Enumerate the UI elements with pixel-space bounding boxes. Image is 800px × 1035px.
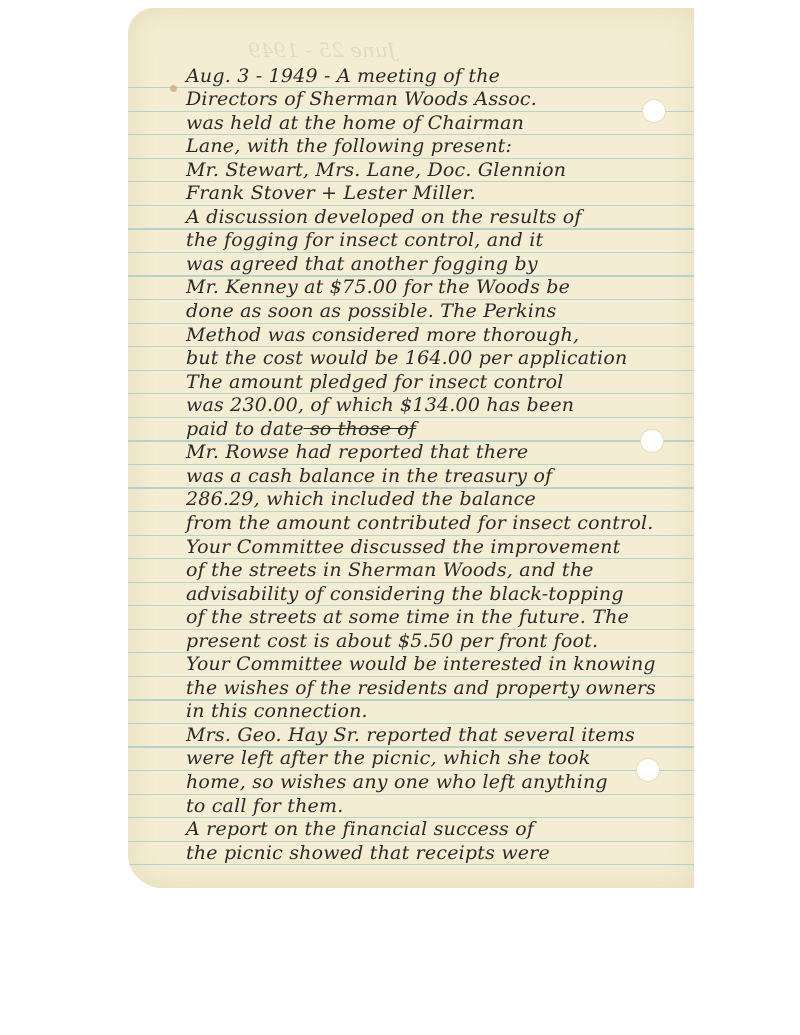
handwritten-line: the picnic showed that receipts were [186,842,550,864]
handwritten-line: Method was considered more thorough, [186,324,579,346]
line-text: Directors of Sherman Woods Assoc. [186,88,537,110]
handwritten-line: 286.29, which included the balance [186,488,536,510]
handwritten-line: Mrs. Geo. Hay Sr. reported that several … [186,724,635,746]
line-text: Aug. 3 - 1949 - A meeting of the [186,65,500,87]
handwritten-line: of the streets at some time in the futur… [186,606,629,628]
handwritten-line: Directors of Sherman Woods Assoc. [186,88,537,110]
handwritten-line: paid to date so those of [186,418,416,440]
line-text: to call for them. [186,795,343,817]
handwritten-line: the fogging for insect control, and it [186,229,543,251]
line-text: present cost is about $5.50 per front fo… [186,630,598,652]
line-text: Mrs. Geo. Hay Sr. reported that several … [186,724,635,746]
punch-hole-bottom [637,759,659,781]
handwritten-line: advisability of considering the black-to… [186,583,624,605]
line-text: Your Committee would be interested in kn… [186,653,656,675]
handwritten-line: Your Committee discussed the improvement [186,536,620,558]
handwritten-line: was held at the home of Chairman [186,112,524,134]
handwritten-line: of the streets in Sherman Woods, and the [186,559,594,581]
punch-hole-top [643,100,665,122]
line-text: was 230.00, of which $134.00 has been [186,394,574,416]
line-text: but the cost would be 164.00 per applica… [186,347,627,369]
line-text: The amount pledged for insect control [186,371,564,393]
handwritten-line: was a cash balance in the treasury of [186,465,552,487]
handwritten-line: Mr. Stewart, Mrs. Lane, Doc. Glennion [186,159,566,181]
line-text: the picnic showed that receipts were [186,842,550,864]
handwritten-line: home, so wishes any one who left anythin… [186,771,608,793]
line-text: done as soon as possible. The Perkins [186,300,556,322]
handwritten-line: Aug. 3 - 1949 - A meeting of the [186,65,500,87]
handwritten-line: A report on the financial success of [186,818,534,840]
handwritten-line: the wishes of the residents and property… [186,677,656,699]
line-text: of the streets in Sherman Woods, and the [186,559,594,581]
line-text: paid to date [186,418,304,440]
handwritten-line: were left after the picnic, which she to… [186,747,591,769]
handwritten-line: but the cost would be 164.00 per applica… [186,347,627,369]
line-text: Lane, with the following present: [186,135,512,157]
handwritten-line: from the amount contributed for insect c… [186,512,654,534]
handwritten-line: Lane, with the following present: [186,135,512,157]
line-text: Mr. Rowse had reported that there [186,441,528,463]
punch-hole-middle [641,430,663,452]
handwritten-line: was agreed that another fogging by [186,253,538,275]
handwritten-line: Mr. Kenney at $75.00 for the Woods be [186,276,570,298]
line-text: was held at the home of Chairman [186,112,524,134]
line-text: 286.29, which included the balance [186,488,536,510]
handwritten-line: was 230.00, of which $134.00 has been [186,394,574,416]
line-text: Method was considered more thorough, [186,324,579,346]
handwritten-line: present cost is about $5.50 per front fo… [186,630,598,652]
notebook-page: June 25 - 1949 Aug. 3 - 1949 - A meeting… [128,8,694,888]
line-text: Your Committee discussed the improvement [186,536,620,558]
handwritten-line: Mr. Rowse had reported that there [186,441,528,463]
line-text: Frank Stover + Lester Miller. [186,182,476,204]
bleed-through-text: June 25 - 1949 [248,38,396,62]
handwritten-line: A discussion developed on the results of [186,206,582,228]
line-text: was agreed that another fogging by [186,253,538,275]
line-text: Mr. Kenney at $75.00 for the Woods be [186,276,570,298]
handwritten-line: Frank Stover + Lester Miller. [186,182,476,204]
line-text: were left after the picnic, which she to… [186,747,591,769]
line-text: home, so wishes any one who left anythin… [186,771,608,793]
struck-text: so those of [304,418,417,440]
line-text: Mr. Stewart, Mrs. Lane, Doc. Glennion [186,159,566,181]
rule-line [128,864,694,865]
handwritten-line: The amount pledged for insect control [186,371,564,393]
line-text: advisability of considering the black-to… [186,583,624,605]
line-text: was a cash balance in the treasury of [186,465,552,487]
handwritten-line: done as soon as possible. The Perkins [186,300,556,322]
line-text: in this connection. [186,700,368,722]
line-text: the wishes of the residents and property… [186,677,656,699]
line-text: from the amount contributed for insect c… [186,512,654,534]
handwritten-line: in this connection. [186,700,368,722]
line-text: A discussion developed on the results of [186,206,582,228]
paper-stain [170,85,177,92]
handwritten-line: to call for them. [186,795,343,817]
line-text: of the streets at some time in the futur… [186,606,629,628]
handwritten-line: Your Committee would be interested in kn… [186,653,656,675]
line-text: A report on the financial success of [186,818,534,840]
line-text: the fogging for insect control, and it [186,229,543,251]
